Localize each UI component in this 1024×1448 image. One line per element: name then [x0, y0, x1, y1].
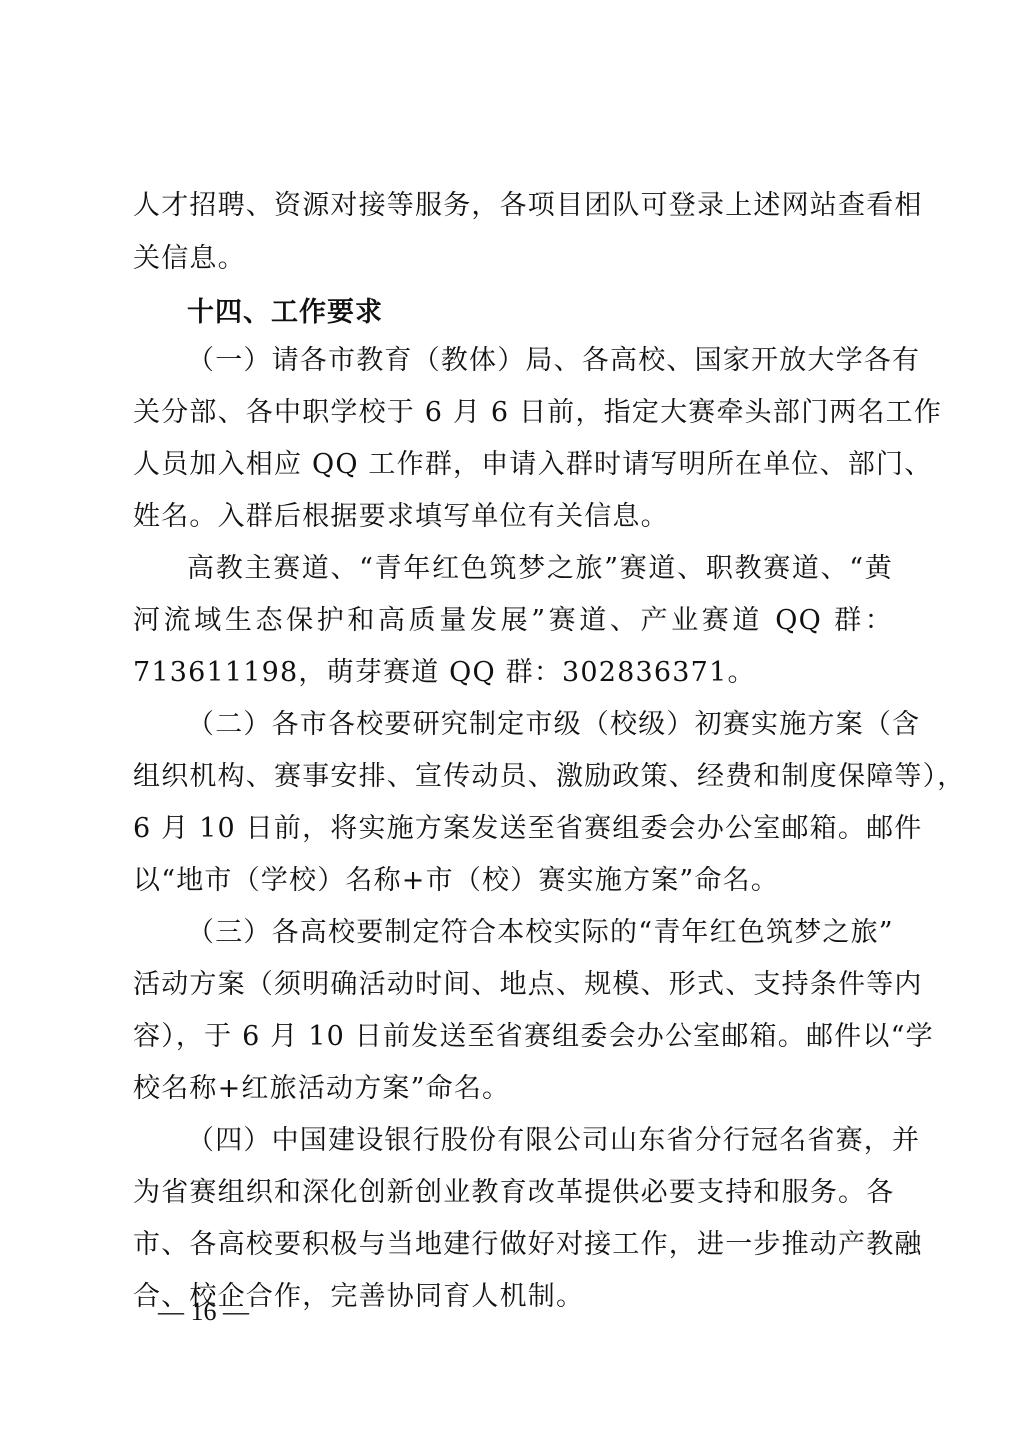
document-page: 人才招聘、资源对接等服务，各项目团队可登录上述网站查看相 关信息。 十四、工作要…	[0, 0, 1024, 1448]
paragraph-2-line-2: 组织机构、赛事安排、宣传动员、激励政策、经费和制度保障等），	[133, 761, 893, 793]
paragraph-1-line-2: 关分部、各中职学校于 6 月 6 日前，指定大赛牵头部门两名工作	[133, 397, 893, 429]
qq-groups-line-3: 713611198，萌芽赛道 QQ 群：302836371。	[133, 657, 893, 689]
paragraph-1-line-3: 人员加入相应 QQ 工作群，申请入群时请写明所在单位、部门、	[133, 449, 893, 481]
paragraph-4-line-1: （四）中国建设银行股份有限公司山东省分行冠名省赛，并	[187, 1125, 893, 1157]
body-line-1: 人才招聘、资源对接等服务，各项目团队可登录上述网站查看相	[133, 190, 893, 222]
paragraph-2-line-4: 以“地市（学校）名称+市（校）赛实施方案”命名。	[133, 865, 893, 897]
paragraph-3-line-2: 活动方案（须明确活动时间、地点、规模、形式、支持条件等内	[133, 969, 893, 1001]
paragraph-3-line-1: （三）各高校要制定符合本校实际的“青年红色筑梦之旅”	[187, 917, 893, 949]
paragraph-2-line-3: 6 月 10 日前，将实施方案发送至省赛组委会办公室邮箱。邮件	[133, 813, 893, 845]
paragraph-3-line-4: 校名称+红旅活动方案”命名。	[133, 1073, 893, 1105]
section-heading: 十四、工作要求	[187, 297, 893, 329]
page-number: — 16 —	[158, 1296, 249, 1328]
qq-groups-line-2: 河流域生态保护和高质量发展”赛道、产业赛道 QQ 群：	[133, 605, 893, 637]
paragraph-3-line-3: 容），于 6 月 10 日前发送至省赛组委会办公室邮箱。邮件以“学	[133, 1021, 893, 1053]
paragraph-4-line-3: 市、各高校要积极与当地建行做好对接工作，进一步推动产教融	[133, 1229, 893, 1261]
body-line-2: 关信息。	[133, 243, 893, 275]
paragraph-1-line-1: （一）请各市教育（教体）局、各高校、国家开放大学各有	[187, 345, 893, 377]
paragraph-1-line-4: 姓名。入群后根据要求填写单位有关信息。	[133, 501, 893, 533]
paragraph-4-line-2: 为省赛组织和深化创新创业教育改革提供必要支持和服务。各	[133, 1177, 893, 1209]
paragraph-2-line-1: （二）各市各校要研究制定市级（校级）初赛实施方案（含	[187, 709, 893, 741]
qq-groups-line-1: 高教主赛道、“青年红色筑梦之旅”赛道、职教赛道、“黄	[187, 553, 893, 585]
